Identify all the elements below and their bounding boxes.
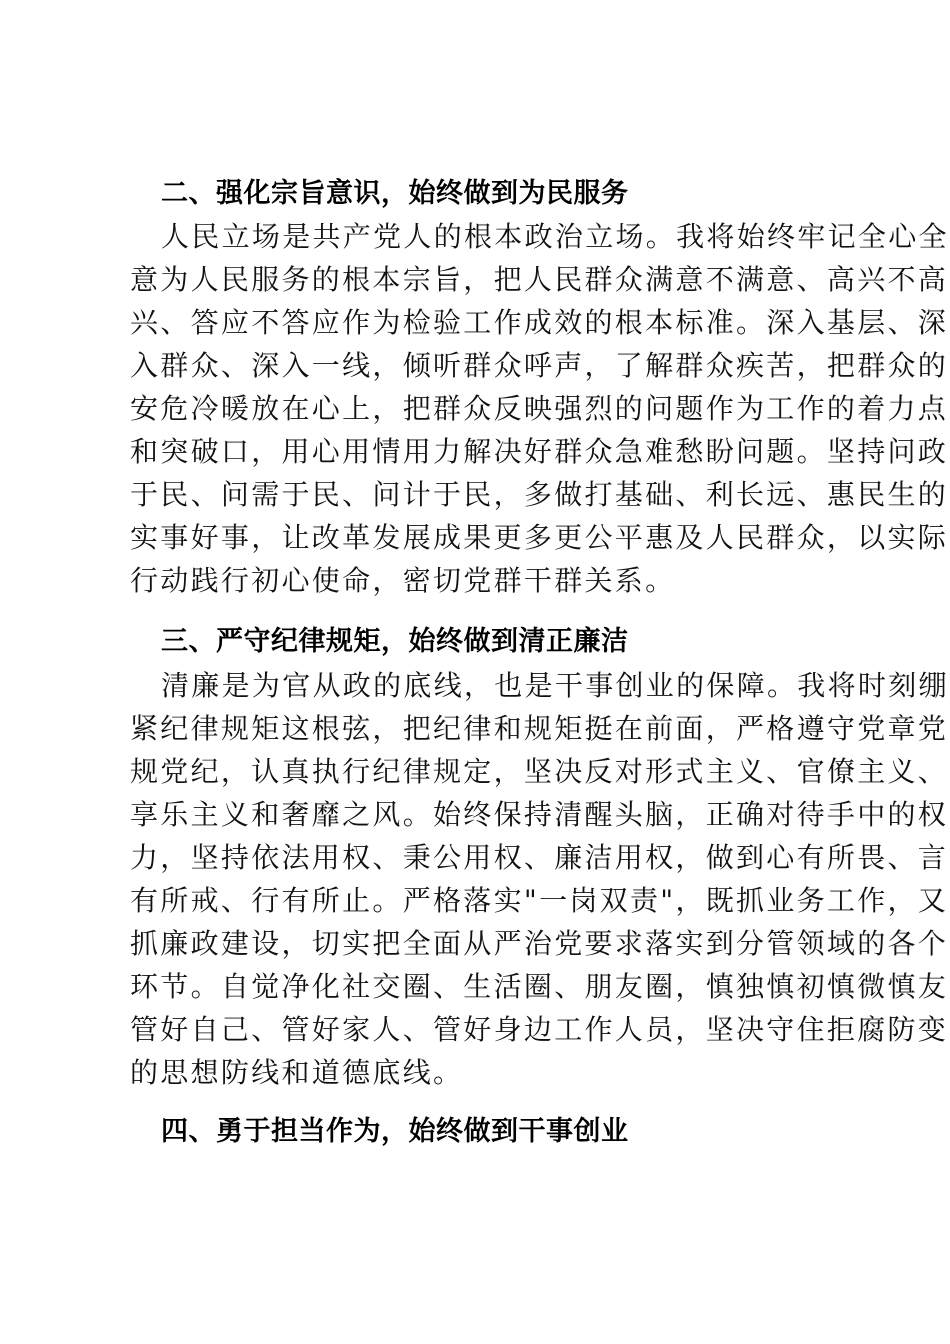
paragraph-line: 安危冷暖放在心上，把群众反映强烈的问题作为工作的着力点 [130, 387, 850, 430]
paragraph-line: 享乐主义和奢靡之风。始终保持清醒头脑，正确对待手中的权 [130, 793, 850, 836]
paragraph-line: 人民立场是共产党人的根本政治立场。我将始终牢记全心全 [161, 215, 881, 258]
paragraph-line: 规党纪，认真执行纪律规定，坚决反对形式主义、官僚主义、 [130, 750, 850, 793]
paragraph-line: 入群众、深入一线，倾听群众呼声，了解群众疾苦，把群众的 [130, 344, 850, 387]
paragraph-line: 清廉是为官从政的底线，也是干事创业的保障。我将时刻绷 [161, 664, 881, 707]
paragraph-line: 兴、答应不答应作为检验工作成效的根本标准。深入基层、深 [130, 301, 850, 344]
paragraph-line: 抓廉政建设，切实把全面从严治党要求落实到分管领域的各个 [130, 922, 850, 965]
paragraph-line: 管好自己、管好家人、管好身边工作人员，坚决守住拒腐防变 [130, 1008, 850, 1051]
section-heading: 三、严守纪律规矩，始终做到清正廉洁 [161, 620, 629, 663]
paragraph-line: 环节。自觉净化社交圈、生活圈、朋友圈，慎独慎初慎微慎友， [130, 965, 850, 1008]
section-heading: 二、强化宗旨意识，始终做到为民服务 [161, 172, 629, 215]
paragraph-line: 力，坚持依法用权、秉公用权、廉洁用权，做到心有所畏、言 [130, 836, 850, 879]
paragraph-line: 和突破口，用心用情用力解决好群众急难愁盼问题。坚持问政 [130, 430, 850, 473]
paragraph-line: 紧纪律规矩这根弦，把纪律和规矩挺在前面，严格遵守党章党 [130, 707, 850, 750]
paragraph-line: 于民、问需于民、问计于民，多做打基础、利长远、惠民生的 [130, 473, 850, 516]
paragraph-line: 的思想防线和道德底线。 [130, 1051, 850, 1094]
document-page: 二、强化宗旨意识，始终做到为民服务 人民立场是共产党人的根本政治立场。我将始终牢… [0, 0, 950, 1344]
paragraph-line: 有所戒、行有所止。严格落实"一岗双责"，既抓业务工作，又 [130, 879, 850, 922]
paragraph-line: 实事好事，让改革发展成果更多更公平惠及人民群众，以实际 [130, 516, 850, 559]
section-heading: 四、勇于担当作为，始终做到干事创业 [161, 1110, 629, 1153]
paragraph-line: 行动践行初心使命，密切党群干群关系。 [130, 559, 850, 602]
paragraph-line: 意为人民服务的根本宗旨，把人民群众满意不满意、高兴不高 [130, 258, 850, 301]
